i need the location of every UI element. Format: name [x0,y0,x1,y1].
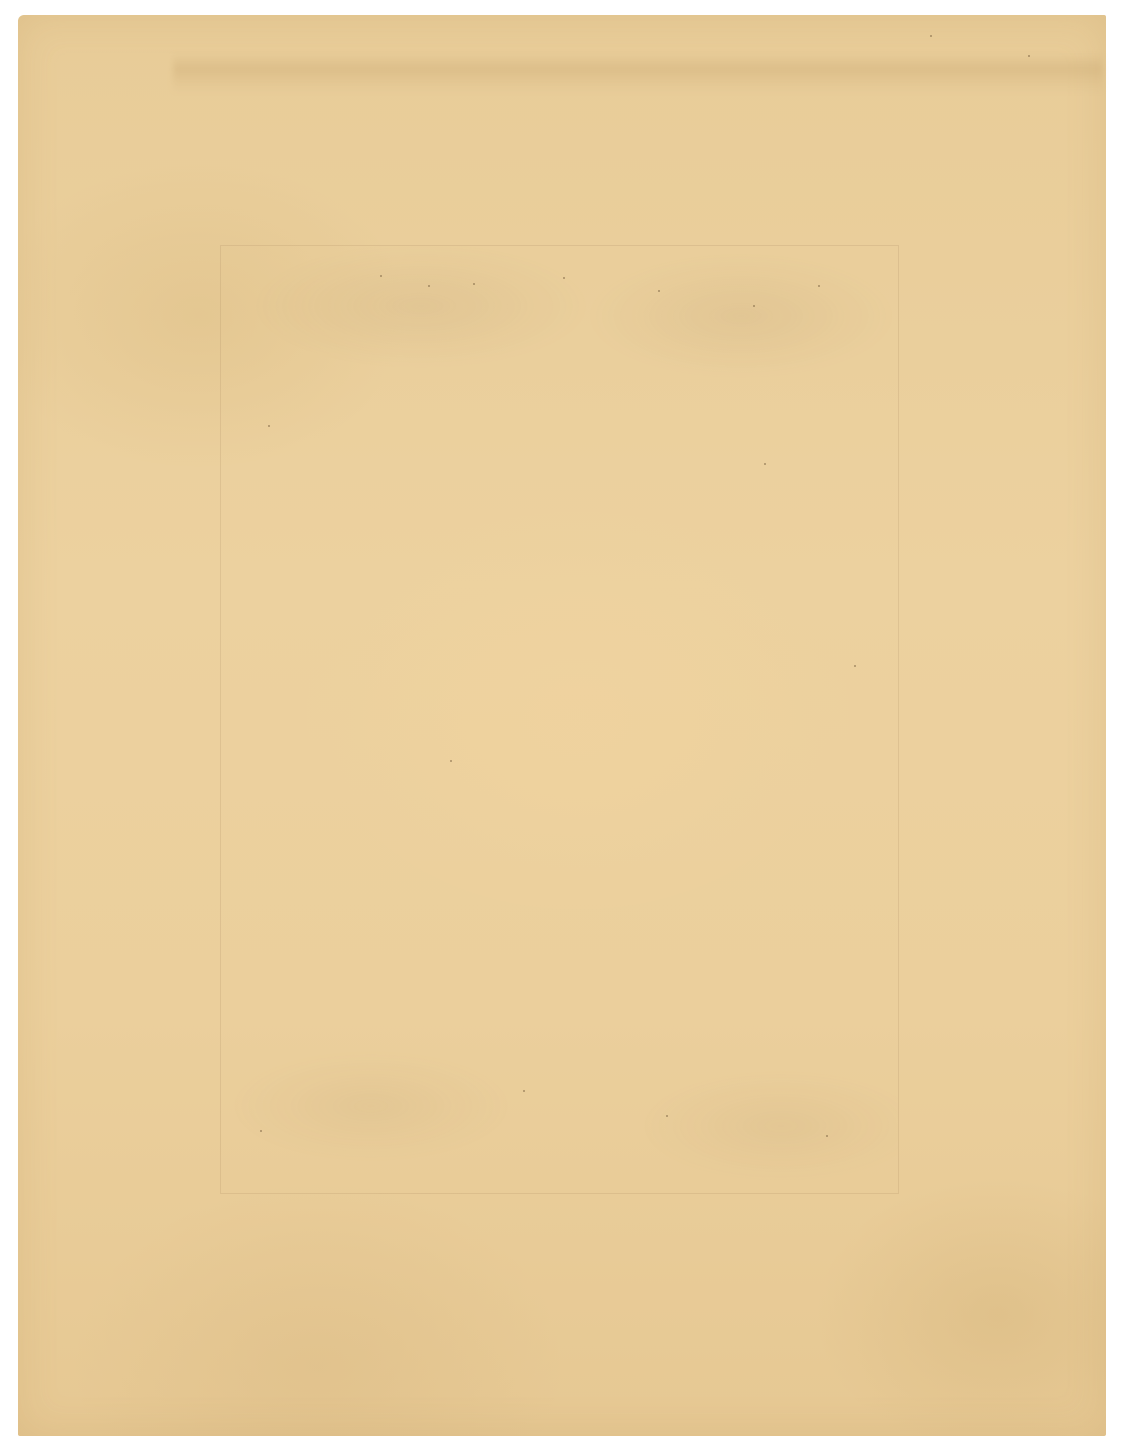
paper-sheet [18,15,1106,1436]
foxing-speck [818,285,820,287]
foxing-speck [473,283,475,285]
foxing-speck [563,277,565,279]
foxing-speck [764,463,766,465]
foxing-speck [268,425,270,427]
plate-mark-rectangle [220,245,899,1194]
foxing-speck [380,275,382,277]
foxing-speck [666,1115,668,1117]
foxing-speck [1028,55,1030,57]
foxing-speck [854,665,856,667]
foxing-speck [930,35,932,37]
foxing-speck [450,760,452,762]
foxing-speck [826,1135,828,1137]
foxing-speck [753,305,755,307]
foxing-speck [260,1130,262,1132]
top-stain-band [173,53,1103,93]
foxing-speck [428,285,430,287]
foxing-speck [523,1090,525,1092]
foxing-speck [658,290,660,292]
